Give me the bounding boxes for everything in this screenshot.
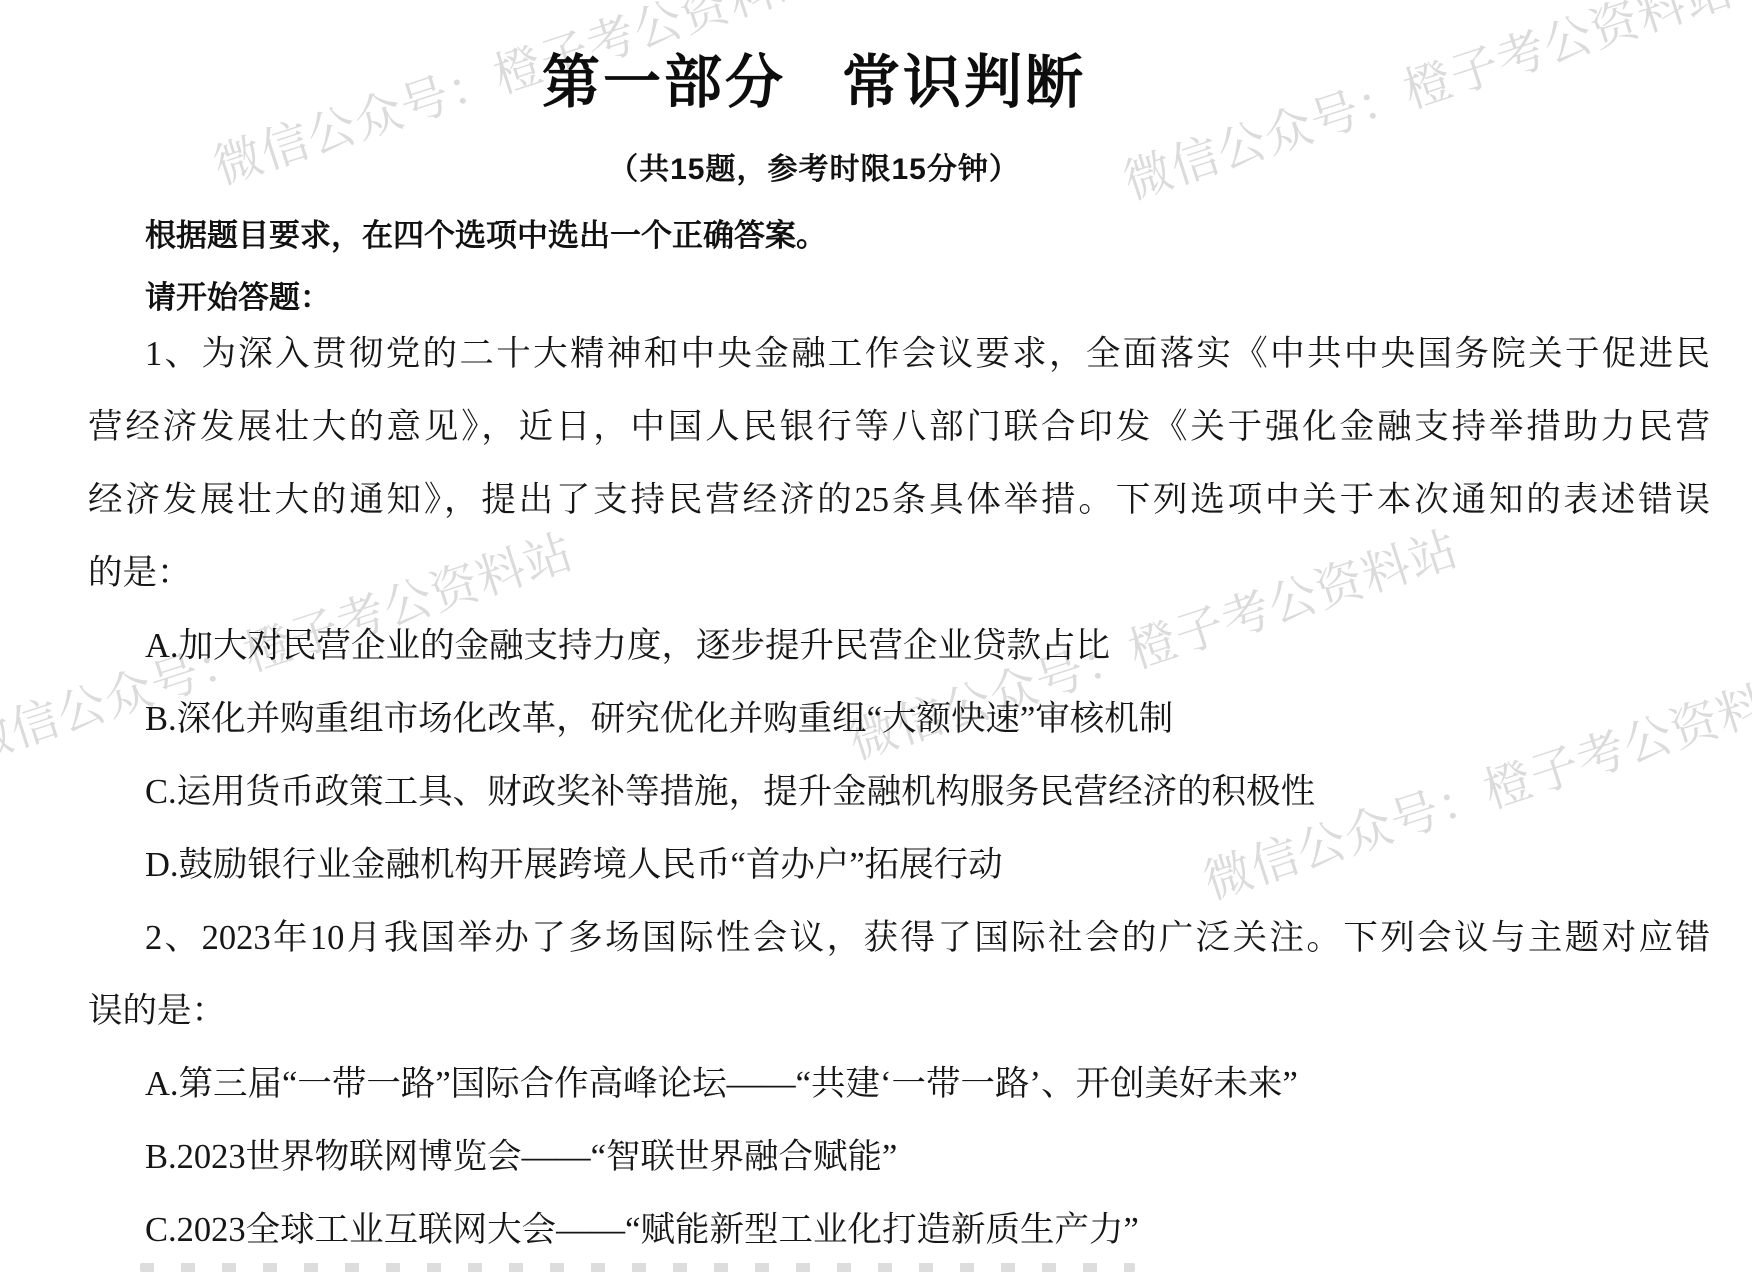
- question-1-option-d: D.鼓励银行业金融机构开展跨境人民币“首办户”拓展行动: [88, 829, 1710, 902]
- section-title-name: 常识判断: [842, 50, 1086, 116]
- question-2-line: 误的是：: [88, 975, 1710, 1048]
- question-1-line: 1、为深入贯彻党的二十大精神和中央金融工作会议要求，全面落实《中共中央国务院关于…: [88, 318, 1710, 391]
- question-2-line: 2、2023年10月我国举办了多场国际性会议，获得了国际社会的广泛关注。下列会议…: [88, 902, 1710, 975]
- document-page: 第一部分 常识判断 （共15题，参考时限15分钟） 根据题目要求，在四个选项中选…: [88, 0, 1710, 1267]
- question-1-option-c: C.运用货币政策工具、财政奖补等措施，提升金融机构服务民营经济的积极性: [88, 756, 1710, 829]
- section-title: 第一部分 常识判断: [3, 50, 1625, 116]
- section-title-part: 第一部分: [542, 50, 786, 116]
- questions-block: 1、为深入贯彻党的二十大精神和中央金融工作会议要求，全面落实《中共中央国务院关于…: [88, 318, 1710, 1267]
- question-1-line: 营经济发展壮大的意见》，近日，中国人民银行等八部门联合印发《关于强化金融支持举措…: [88, 391, 1710, 464]
- question-1-line: 经济发展壮大的通知》，提出了支持民营经济的25条具体举措。下列选项中关于本次通知…: [88, 464, 1710, 537]
- question-2-option-b: B.2023世界物联网博览会——“智联世界融合赋能”: [88, 1121, 1710, 1194]
- question-1-option-a: A.加大对民营企业的金融支持力度，逐步提升民营企业贷款占比: [88, 610, 1710, 683]
- next-line-cutoff-artifact: [140, 1263, 1135, 1272]
- question-2-option-a: A.第三届“一带一路”国际合作高峰论坛——“共建‘一带一路’、开创美好未来”: [88, 1048, 1710, 1121]
- question-1-line: 的是：: [88, 537, 1710, 610]
- section-subtitle: （共15题，参考时限15分钟）: [3, 152, 1625, 188]
- question-1-option-b: B.深化并购重组市场化改革，研究优化并购重组“大额快速”审核机制: [88, 683, 1710, 756]
- question-2-option-c: C.2023全球工业互联网大会——“赋能新型工业化打造新质生产力”: [88, 1194, 1710, 1267]
- instruction-text: 根据题目要求，在四个选项中选出一个正确答案。: [88, 216, 1710, 256]
- begin-prompt: 请开始答题：: [88, 278, 1710, 318]
